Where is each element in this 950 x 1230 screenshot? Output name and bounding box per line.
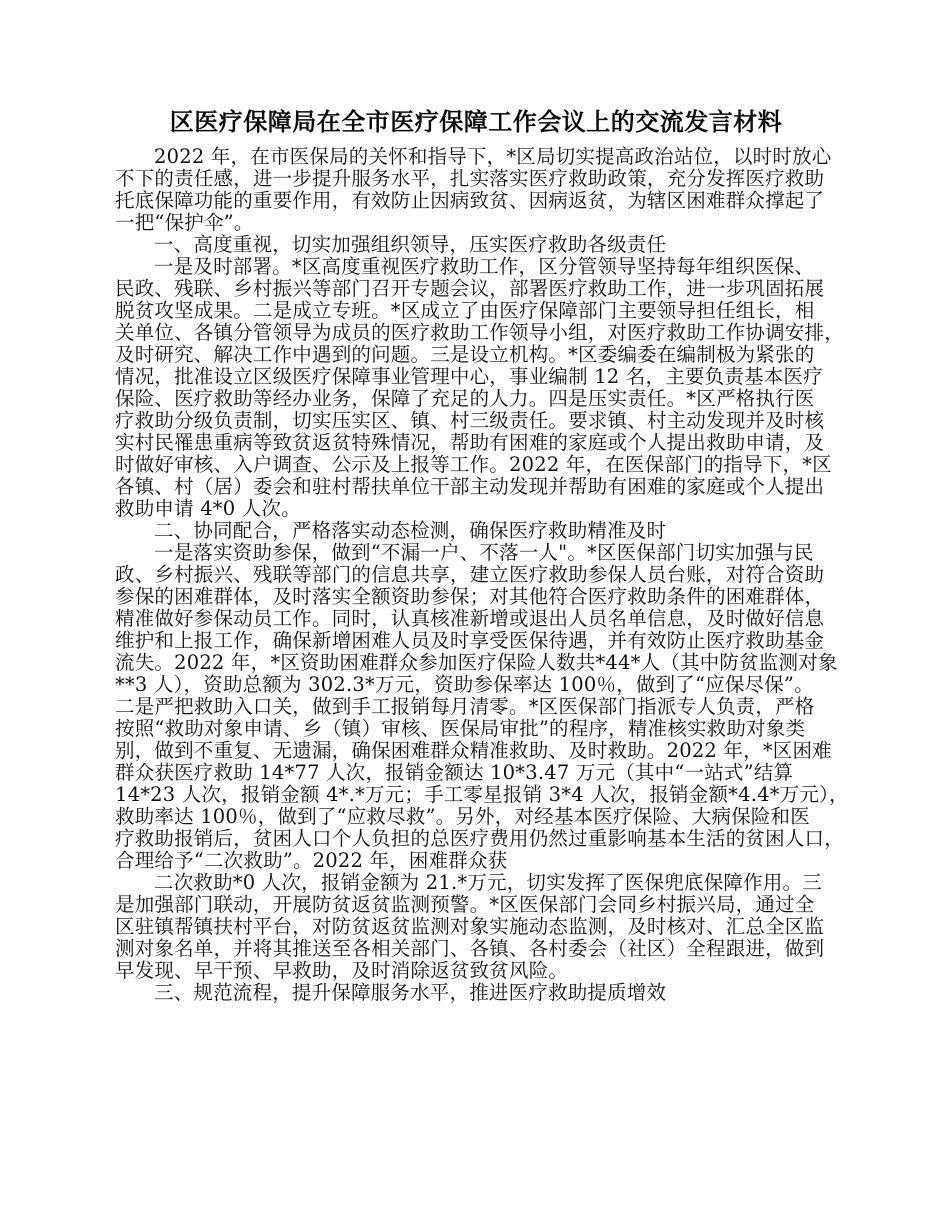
text-line: 二、协同配合，严格落实动态检测，确保医疗救助精准及时 bbox=[115, 520, 837, 542]
text-line: 及时研究、解决工作中遇到的问题。三是设立机构。*区委编委在编制极为紧张的 bbox=[115, 344, 837, 366]
text-line: 救助申请 4*0 人次。 bbox=[115, 498, 837, 520]
paragraph: 一是落实资助参保，做到“不漏一户、不落一人"。*区医保部门切实加强与民政、乡村振… bbox=[115, 542, 837, 872]
text-line: 区驻镇帮镇扶村平台，对防贫返贫监测对象实施动态监测，及时核对、汇总全区监 bbox=[115, 916, 837, 938]
text-line: 合理给予“二次救助”。2022 年，困难群众获 bbox=[115, 850, 837, 872]
text-line: 保险、医疗救助等经办业务，保障了充足的人力。四是压实责任。*区严格执行医 bbox=[115, 388, 837, 410]
text-line: 维护和上报工作，确保新增困难人员及时享受医保待遇，并有效防止医疗救助基金 bbox=[115, 630, 837, 652]
text-line: 别，做到不重复、无遗漏，确保困难群众精准救助、及时救助。2022 年，*区困难 bbox=[115, 740, 837, 762]
text-line: 情况，批准设立区级医疗保障事业管理中心，事业编制 12 名，主要负责基本医疗 bbox=[115, 366, 837, 388]
document-content: 区医疗保障局在全市医疗保障工作会议上的交流发言材料 2022 年，在市医保局的关… bbox=[115, 104, 837, 1004]
text-line: 2022 年，在市医保局的关怀和指导下，*区局切实提高政治站位，以时时放心 bbox=[115, 146, 837, 168]
text-line: 二是严把救助入口关，做到手工报销每月清零。*区医保部门指派专人负责，严格 bbox=[115, 696, 837, 718]
text-line: 一是及时部署。*区高度重视医疗救助工作，区分管领导坚持每年组织医保、 bbox=[115, 256, 837, 278]
text-line: 是加强部门联动，开展防贫返贫监测预警。*区医保部门会同乡村振兴局，通过全 bbox=[115, 894, 837, 916]
text-line: 一是落实资助参保，做到“不漏一户、不落一人"。*区医保部门切实加强与民 bbox=[115, 542, 837, 564]
text-line: 疗救助报销后，贫困人口个人负担的总医疗费用仍然过重影响基本生活的贫困人口， bbox=[115, 828, 837, 850]
section-heading: 二、协同配合，严格落实动态检测，确保医疗救助精准及时 bbox=[115, 520, 837, 542]
paragraph: 一是及时部署。*区高度重视医疗救助工作，区分管领导坚持每年组织医保、民政、残联、… bbox=[115, 256, 837, 520]
text-line: 民政、残联、乡村振兴等部门召开专题会议，部署医疗救助工作，进一步巩固拓展 bbox=[115, 278, 837, 300]
text-line: 疗救助分级负责制，切实压实区、镇、村三级责任。要求镇、村主动发现并及时核 bbox=[115, 410, 837, 432]
text-line: 参保的困难群体，及时落实全额资助参保；对其他符合医疗救助条件的困难群体， bbox=[115, 586, 837, 608]
text-line: 按照“救助对象申请、乡（镇）审核、医保局审批”的程序，精准核实救助对象类 bbox=[115, 718, 837, 740]
text-line: **3 人），资助总额为 302.3*万元，资助参保率达 100％，做到了“应保… bbox=[115, 674, 837, 696]
text-line: 救助率达 100％，做到了“应救尽救”。另外，对经基本医疗保险、大病保险和医 bbox=[115, 806, 837, 828]
text-line: 托底保障功能的重要作用，有效防止因病致贫、因病返贫，为辖区困难群众撑起了 bbox=[115, 190, 837, 212]
text-line: 各镇、村（居）委会和驻村帮扶单位干部主动发现并帮助有困难的家庭或个人提出 bbox=[115, 476, 837, 498]
section-heading: 三、规范流程，提升保障服务水平，推进医疗救助提质增效 bbox=[115, 982, 837, 1004]
text-line: 三、规范流程，提升保障服务水平，推进医疗救助提质增效 bbox=[115, 982, 837, 1004]
text-line: 群众获医疗救助 14*77 人次，报销金额达 10*3.47 万元（其中“一站式… bbox=[115, 762, 837, 784]
text-line: 时做好审核、入户调查、公示及上报等工作。2022 年，在医保部门的指导下，*区 bbox=[115, 454, 837, 476]
text-line: 流失。2022 年，*区资助困难群众参加医疗保险人数共*44*人（其中防贫监测对… bbox=[115, 652, 837, 674]
section-heading: 一、高度重视，切实加强组织领导，压实医疗救助各级责任 bbox=[115, 234, 837, 256]
text-line: 不下的责任感，进一步提升服务水平，扎实落实医疗救助政策，充分发挥医疗救助 bbox=[115, 168, 837, 190]
text-line: 14*23 人次，报销金额 4*.*万元；手工零星报销 3*4 人次，报销金额*… bbox=[115, 784, 837, 806]
text-line: 二次救助*0 人次，报销金额为 21.*万元，切实发挥了医保兜底保障作用。三 bbox=[115, 872, 837, 894]
document-page: 区医疗保障局在全市医疗保障工作会议上的交流发言材料 2022 年，在市医保局的关… bbox=[0, 0, 950, 1230]
text-line: 政、乡村振兴、残联等部门的信息共享，建立医疗救助参保人员台账，对符合资助 bbox=[115, 564, 837, 586]
text-line: 关单位、各镇分管领导为成员的医疗救助工作领导小组，对医疗救助工作协调安排， bbox=[115, 322, 837, 344]
text-line: 精准做好参保动员工作。同时，认真核准新增或退出人员名单信息，及时做好信息 bbox=[115, 608, 837, 630]
text-line: 一、高度重视，切实加强组织领导，压实医疗救助各级责任 bbox=[115, 234, 837, 256]
paragraph: 二次救助*0 人次，报销金额为 21.*万元，切实发挥了医保兜底保障作用。三是加… bbox=[115, 872, 837, 982]
text-line: 实村民罹患重病等致贫返贫特殊情况，帮助有困难的家庭或个人提出救助申请，及 bbox=[115, 432, 837, 454]
text-line: 一把“保护伞”。 bbox=[115, 212, 837, 234]
paragraph: 2022 年，在市医保局的关怀和指导下，*区局切实提高政治站位，以时时放心不下的… bbox=[115, 146, 837, 234]
text-line: 脱贫攻坚成果。二是成立专班。*区成立了由医疗保障部门主要领导担任组长，相 bbox=[115, 300, 837, 322]
text-line: 早发现、早干预、早救助，及时消除返贫致贫风险。 bbox=[115, 960, 837, 982]
document-body: 2022 年，在市医保局的关怀和指导下，*区局切实提高政治站位，以时时放心不下的… bbox=[115, 146, 837, 1004]
document-title: 区医疗保障局在全市医疗保障工作会议上的交流发言材料 bbox=[115, 104, 837, 140]
text-line: 测对象名单，并将其推送至各相关部门、各镇、各村委会（社区）全程跟进，做到 bbox=[115, 938, 837, 960]
